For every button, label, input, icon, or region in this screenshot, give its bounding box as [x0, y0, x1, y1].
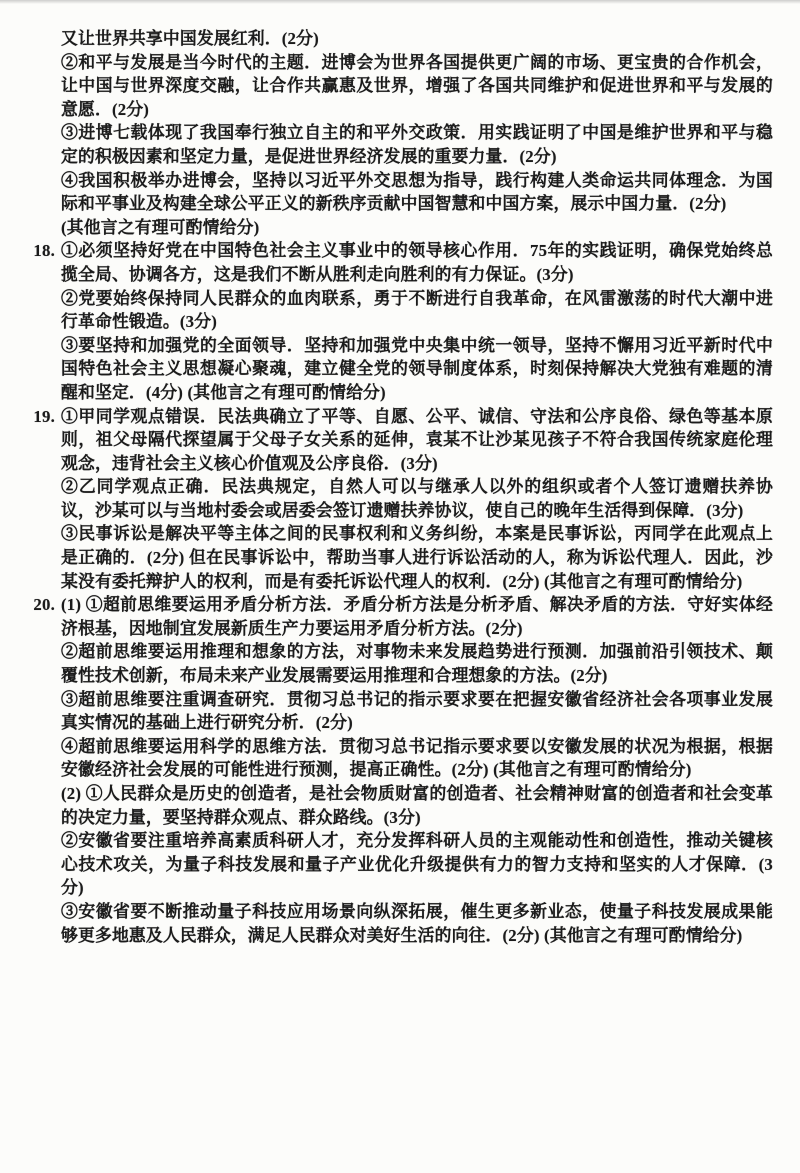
answer-paragraph: ①甲同学观点错误．民法典确立了平等、自愿、公平、诚信、守法和公序良俗、绿色等基本… [61, 405, 773, 476]
question-number: 19. [33, 405, 61, 429]
scan-artifact-top-edge [0, 0, 800, 4]
answer-paragraph: ③要坚持和加强党的全面领导．坚持和加强党中央集中统一领导，坚持不懈用习近平新时代… [61, 334, 773, 405]
question-number: 18. [33, 239, 61, 263]
answer-paragraph: ④我国积极举办进博会，坚持以习近平外交思想为指导，践行构建人类命运共同体理念．为… [61, 169, 773, 216]
answer-paragraph: ③民事诉讼是解决平等主体之间的民事权利和义务纠纷，本案是民事诉讼，丙同学在此观点… [61, 522, 773, 593]
answer-paragraph: ④超前思维要运用科学的思维方法．贯彻习总书记指示要求要以安徽发展的状况为根据，根… [61, 735, 773, 782]
answer-block-20: 20. (1) ①超前思维要运用矛盾分析方法．矛盾分析方法是分析矛盾、解决矛盾的… [61, 593, 773, 947]
answer-paragraph: ③进博七载体现了我国奉行独立自主的和平外交政策．用实践证明了中国是维护世界和平与… [61, 121, 773, 168]
answer-key-content: 又让世界共享中国发展红利．(2分) ②和平与发展是当今时代的主题．进博会为世界各… [61, 27, 773, 947]
answer-paragraph: ②超前思维要运用推理和想象的方法，对事物未来发展趋势进行预测．加强前沿引领技术、… [61, 640, 773, 687]
answer-paragraph: ②安徽省要注重培养高素质科研人才，充分发挥科研人员的主观能动性和创造性，推动关键… [61, 829, 773, 900]
answer-block-18: 18. ①必须坚持好党在中国特色社会主义事业中的领导核心作用．75年的实践证明，… [61, 239, 773, 404]
answer-paragraph: ③超前思维要注重调查研究．贯彻习总书记的指示要求要在把握安徽省经济社会各项事业发… [61, 688, 773, 735]
scanned-answer-sheet-page: 又让世界共享中国发展红利．(2分) ②和平与发展是当今时代的主题．进博会为世界各… [0, 0, 800, 1173]
answer-block-19: 19. ①甲同学观点错误．民法典确立了平等、自愿、公平、诚信、守法和公序良俗、绿… [61, 405, 773, 594]
answer-paragraph: ②党要始终保持同人民群众的血肉联系，勇于不断进行自我革命，在风雷激荡的时代大潮中… [61, 287, 773, 334]
answer-paragraph: ②和平与发展是当今时代的主题．进博会为世界各国提供更广阔的市场、更宝贵的合作机会… [61, 51, 773, 122]
answer-paragraph: 又让世界共享中国发展红利．(2分) [61, 27, 773, 51]
question-number: 20. [33, 593, 61, 617]
answer-paragraph: ③安徽省要不断推动量子科技应用场景向纵深拓展，催生更多新业态，使量子科技发展成果… [61, 900, 773, 947]
answer-block-17-continuation: 又让世界共享中国发展红利．(2分) ②和平与发展是当今时代的主题．进博会为世界各… [61, 27, 773, 239]
answer-paragraph: ②乙同学观点正确．民法典规定，自然人可以与继承人以外的组织或者个人签订遗赠扶养协… [61, 475, 773, 522]
answer-paragraph: ①必须坚持好党在中国特色社会主义事业中的领导核心作用．75年的实践证明，确保党始… [61, 239, 773, 286]
answer-paragraph: (1) ①超前思维要运用矛盾分析方法．矛盾分析方法是分析矛盾、解决矛盾的方法．守… [61, 593, 773, 640]
grading-note: (其他言之有理可酌情给分) [61, 216, 773, 240]
answer-paragraph: (2) ①人民群众是历史的创造者，是社会物质财富的创造者、社会精神财富的创造者和… [61, 782, 773, 829]
